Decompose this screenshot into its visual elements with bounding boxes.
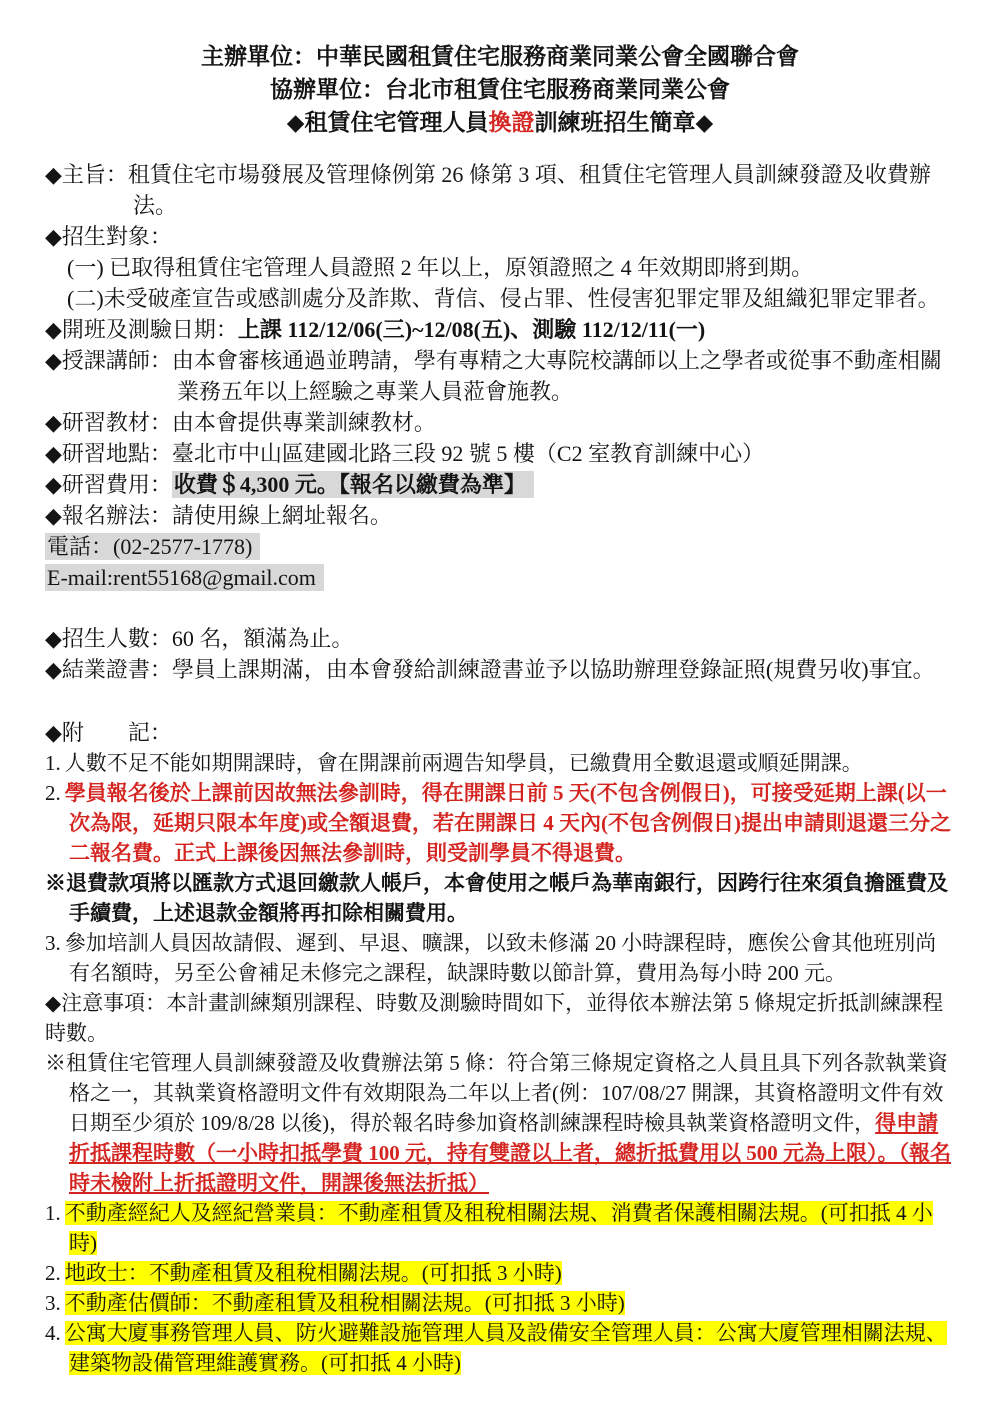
quota-line: ◆招生人數：60 名，額滿為止。 [45, 623, 955, 654]
note-item-1: 1.人數不足不能如期開課時，會在開課前兩週告知學員，已繳費用全數退還或順延開課。 [45, 748, 955, 778]
target-heading: ◆招生對象： [45, 221, 955, 252]
email-highlight: E-mail:rent55168@gmail.com [45, 564, 324, 591]
note-item-3: 3.參加培訓人員因故請假、遲到、早退、曠課，以致未修滿 20 小時課程時，應俟公… [45, 928, 955, 988]
notes-section: 1.人數不足不能如期開課時，會在開課前兩週告知學員，已繳費用全數退還或順延開課。… [45, 748, 955, 1378]
deduction-item-2: 2.地政士：不動產租賃及租稅相關法規。(可扣抵 3 小時) [45, 1258, 955, 1288]
certificate-label: ◆結業證書： [45, 657, 172, 682]
document-body: ◆主旨：租賃住宅市場發展及管理條例第 26 條第 3 項、租賃住宅管理人員訓練發… [45, 159, 955, 748]
certificate-text: 學員上課期滿，由本會發給訓練證書並予以協助辦理登錄証照(規費另收)事宜。 [172, 657, 935, 682]
phone-line: 電話：(02-2577-1778) [45, 531, 955, 562]
note-item-3-text: 參加培訓人員因故請假、遲到、早退、曠課，以致未修滿 20 小時課程時，應俟公會其… [65, 931, 937, 985]
location-line: ◆研習地點：臺北市中山區建國北路三段 92 號 5 樓（C2 室教育訓練中心） [45, 438, 955, 469]
material-line: ◆研習教材：由本會提供專業訓練教材。 [45, 407, 955, 438]
phone-highlight: 電話：(02-2577-1778) [45, 533, 260, 560]
notes-heading: ◆附 記： [45, 717, 955, 748]
document-page: 主辦單位：中華民國租賃住宅服務商業同業公會全國聯合會 協辦單位：台北市租賃住宅服… [0, 0, 1000, 1414]
page-title-highlight: 換證 [489, 110, 535, 135]
rule-paragraph: ※租賃住宅管理人員訓練發證及收費辦法第 5 條：符合第三條規定資格之人員且具下列… [45, 1048, 955, 1198]
page-title: ◆租賃住宅管理人員換證訓練班招生簡章◆ [45, 106, 955, 139]
deduction-item-3-number: 3. [45, 1291, 65, 1315]
page-title-suffix: 訓練班招生簡章◆ [535, 110, 714, 135]
certificate-paragraph: ◆結業證書：學員上課期滿，由本會發給訓練證書並予以協助辦理登錄証照(規費另收)事… [45, 654, 955, 685]
rule-text: ※租賃住宅管理人員訓練發證及收費辦法第 5 條：符合第三條規定資格之人員且具下列… [45, 1051, 948, 1135]
subject-label: ◆主旨： [45, 162, 128, 187]
note-item-2: 2.學員報名後於上課前因故無法參訓時，得在開課日前 5 天(不包含例假日)，可接… [45, 778, 955, 868]
subject-text: 租賃住宅市場發展及管理條例第 26 條第 3 項、租賃住宅管理人員訓練發證及收費… [128, 162, 931, 218]
note-item-2-text: 學員報名後於上課前因故無法參訓時，得在開課日前 5 天(不包含例假日)，可接受延… [65, 781, 951, 865]
fee-line: ◆研習費用：收費＄4,300 元。【報名以繳費為準】 [45, 469, 955, 500]
subject-paragraph: ◆主旨：租賃住宅市場發展及管理條例第 26 條第 3 項、租賃住宅管理人員訓練發… [45, 159, 955, 221]
document-header: 主辦單位：中華民國租賃住宅服務商業同業公會全國聯合會 協辦單位：台北市租賃住宅服… [45, 40, 955, 139]
note-item-1-text: 人數不足不能如期開課時，會在開課前兩週告知學員，已繳費用全數退還或順延開課。 [65, 751, 863, 775]
schedule-line: ◆開班及測驗日期：上課 112/12/06(三)~12/08(五)、測驗 112… [45, 314, 955, 345]
deduction-item-1-number: 1. [45, 1201, 65, 1225]
register-line: ◆報名辦法：請使用線上網址報名。 [45, 500, 955, 531]
deduction-item-3: 3.不動產估價師：不動產租賃及租稅相關法規。(可扣抵 3 小時) [45, 1288, 955, 1318]
note-item-2-number: 2. [45, 781, 65, 805]
refund-note: ※退費款項將以匯款方式退回繳款人帳戶，本會使用之帳戶為華南銀行，因跨行往來須負擔… [45, 868, 955, 928]
deduction-item-4: 4.公寓大廈事務管理人員、防火避難設施管理人員及設備安全管理人員：公寓大廈管理相… [45, 1318, 955, 1378]
target-item-2: (二)未受破產宣告或感訓處分及詐欺、背信、侵占罪、性侵害犯罪定罪及組織犯罪定罪者… [67, 283, 955, 314]
deduction-item-2-number: 2. [45, 1261, 65, 1285]
deduction-item-1-text: 不動產經紀人及經紀營業員：不動產租賃及租稅相關法規、消費者保護相關法規。(可扣抵… [65, 1201, 933, 1255]
schedule-value: 上課 112/12/06(三)~12/08(五)、測驗 112/12/11(一) [238, 317, 705, 342]
instructor-label: ◆授課講師： [45, 348, 172, 373]
note-item-3-number: 3. [45, 931, 65, 955]
deduction-item-3-text: 不動產估價師：不動產租賃及租稅相關法規。(可扣抵 3 小時) [65, 1291, 625, 1315]
deduction-item-1: 1.不動產經紀人及經紀營業員：不動產租賃及租稅相關法規、消費者保護相關法規。(可… [45, 1198, 955, 1258]
deduction-item-4-text: 公寓大廈事務管理人員、防火避難設施管理人員及設備安全管理人員：公寓大廈管理相關法… [65, 1321, 947, 1375]
deduction-item-4-number: 4. [45, 1321, 65, 1345]
instructor-paragraph: ◆授課講師：由本會審核通過並聘請，學有專精之大專院校講師以上之學者或從事不動產相… [45, 345, 955, 407]
fee-value-highlight: 收費＄4,300 元。【報名以繳費為準】 [172, 471, 534, 498]
organizer-line: 主辦單位：中華民國租賃住宅服務商業同業公會全國聯合會 [45, 40, 955, 73]
fee-label: ◆研習費用： [45, 472, 172, 497]
deduction-item-2-text: 地政士：不動產租賃及租稅相關法規。(可扣抵 3 小時) [65, 1261, 562, 1285]
spacer [45, 685, 955, 717]
attention-line: ◆注意事項：本計畫訓練類別課程、時數及測驗時間如下，並得依本辦法第 5 條規定折… [45, 988, 955, 1048]
note-item-1-number: 1. [45, 751, 65, 775]
target-item-1: (一) 已取得租賃住宅管理人員證照 2 年以上，原領證照之 4 年效期即將到期。 [67, 252, 955, 283]
page-title-prefix: ◆租賃住宅管理人員 [287, 110, 489, 135]
instructor-text: 由本會審核通過並聘請，學有專精之大專院校講師以上之學者或從事不動產相關業務五年以… [172, 348, 942, 404]
co-organizer-line: 協辦單位：台北市租賃住宅服務商業同業公會 [45, 73, 955, 106]
email-line: E-mail:rent55168@gmail.com [45, 562, 955, 593]
schedule-label: ◆開班及測驗日期： [45, 317, 238, 342]
spacer [45, 593, 955, 623]
